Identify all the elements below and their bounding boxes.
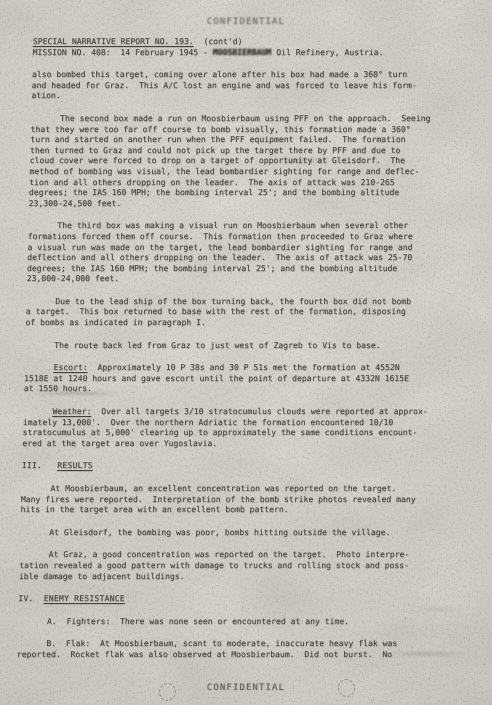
text-line: 1518E at 1240 hours and gave escort unti… [24,373,483,384]
text-segment: hits in the target area with an excellen… [20,504,288,514]
text-line: imately 13,000'. Over the northern Adria… [23,417,482,428]
text-line: Many fires were reported. Interpretation… [21,494,480,505]
text-line: A. Fighters: There was none seen or enco… [18,616,477,627]
paragraph: Escort: Approximately 10 P 38s and 30 P … [24,362,484,394]
section-heading: III. RESULTS [22,460,481,471]
text-line: turn and started on another run when the… [30,134,489,145]
text-segment: degrees; the IAS 160 MPH; the bombing in… [29,187,400,197]
text-line: At Graz, a good concentration was report… [19,549,478,560]
text-line: a target. This box returned to base with… [26,306,485,317]
text-segment: deflection and all others dropping on th… [27,252,412,262]
underlined-text: ENEMY RESISTANCE [44,593,125,603]
overstruck-text: MOOSBIERBAUM [213,47,272,57]
text-line: ible damage to adjacent buildings. [19,571,478,582]
text-line: MISSION NO. 408: 14 February 1945 - MOOS… [32,47,491,58]
text-segment: At Graz, a good concentration was report… [19,549,409,559]
paragraph: Weather: Over all targets 3/10 stratocum… [22,406,482,448]
text-line: degrees; the IAS 160 MPH; the bombing in… [29,187,488,198]
text-line: Weather: Over all targets 3/10 stratocum… [23,406,482,417]
underlined-text: SPECIAL NARRATIVE REPORT NO. 193. [33,36,194,46]
text-line: At Gleisdorf, the bombing was poor, bomb… [20,527,479,538]
text-line: The route back led from Graz to just wes… [25,340,484,351]
document-body: SPECIAL NARRATIVE REPORT NO. 193. (cont'… [0,36,492,660]
underlined-text: Weather: [52,406,91,416]
text-segment: B. Flak: At Moosbierbaum, scant to moder… [17,638,397,648]
text-line: B. Flak: At Moosbierbaum, scant to moder… [17,638,476,649]
text-segment: a target. This box returned to base with… [26,306,406,316]
text-segment: At Moosbierbaum, an excellent concentrat… [21,483,396,493]
text-segment: A. Fighters: There was none seen or enco… [18,616,350,626]
text-line: tation revealed a good pattern with dama… [19,560,478,571]
text-line: III. RESULTS [22,460,481,471]
text-segment: The third box was making a visual run on… [28,220,408,230]
text-line: ation. [31,90,490,101]
paragraph: At Graz, a good concentration was report… [19,549,479,581]
text-line: hits in the target area with an excellen… [20,504,479,515]
text-segment: ible damage to adjacent buildings. [19,571,185,581]
text-segment: (cont'd) [194,36,243,46]
text-line: ered at the target area over Yugoslavia. [22,438,481,449]
text-line: At Moosbierbaum, an excellent concentrat… [21,483,480,494]
text-segment: 1518E at 1240 hours and gave escort unti… [24,373,409,383]
paragraph: B. Flak: At Moosbierbaum, scant to moder… [17,638,477,659]
text-segment: also bombed this target, coming over alo… [32,69,407,79]
text-segment: Approximately 10 P 38s and 30 P 51s met … [88,362,400,372]
text-segment: IV. [18,593,44,603]
text-line: that they were too far off course to bom… [30,124,489,135]
scanned-document-page: CONFIDENTIAL SPECIAL NARRATIVE REPORT NO… [0,0,492,705]
text-line: reported. Rocket flak was also observed … [17,649,476,660]
text-segment: and headed for Graz. This A/C lost an en… [32,80,417,90]
underlined-text: Escort: [53,362,87,372]
text-line: IV. ENEMY RESISTANCE [18,593,477,604]
text-line: method of bombing was visual, the lead b… [29,166,488,177]
text-segment: At Gleisdorf, the bombing was poor, bomb… [20,527,391,537]
text-line: The second box made a run on Moosbierbau… [31,113,490,124]
paragraph: The route back led from Graz to just wes… [25,340,484,351]
text-segment: that they were too far off course to bom… [30,124,410,134]
text-segment: degrees; the IAS 160 MPH; the bombing in… [27,263,398,273]
text-line: stratocumulus at 5,000' clearing up to a… [22,427,481,438]
text-segment: imately 13,000'. Over the northern Adria… [23,417,394,427]
paragraph: The second box made a run on Moosbierbau… [28,113,489,208]
section-heading: IV. ENEMY RESISTANCE [18,593,477,604]
text-segment: Due to the lead ship of the box turning … [26,296,411,306]
text-line: Escort: Approximately 10 P 38s and 30 P … [24,362,483,373]
classification-stamp-bottom: CONFIDENTIAL [0,683,492,693]
text-segment: cloud cover were forced to drop on a tar… [30,155,405,165]
text-segment: then turned to Graz and could not pick u… [30,145,401,155]
text-line: then turned to Graz and could not pick u… [30,145,489,156]
text-segment: method of bombing was visual, the lead b… [29,166,419,176]
text-line: 23,000-24,000 feet. [27,273,486,284]
text-line: cloud cover were forced to drop on a tar… [30,155,489,166]
text-segment: turn and started on another run when the… [30,134,405,144]
text-line: at 1550 hours. [24,383,483,394]
text-segment: Many fires were reported. Interpretation… [21,494,416,504]
text-line: tion and all others dropping on the lead… [29,177,488,188]
text-line: 23,300-24,500 feet. [28,198,487,209]
text-line: The third box was making a visual run on… [28,220,487,231]
text-segment: reported. Rocket flak was also observed … [17,649,392,659]
text-segment: ered at the target area over Yugoslavia. [22,438,217,448]
text-line: formations forced them off course. This … [28,231,487,242]
text-segment: stratocumulus at 5,000' clearing up to a… [22,427,417,437]
text-line: SPECIAL NARRATIVE REPORT NO. 193. (cont'… [33,36,492,47]
underlined-text: RESULTS [57,460,93,470]
text-segment: The route back led from Graz to just wes… [25,340,381,350]
text-line: degrees; the IAS 160 MPH; the bombing in… [27,263,486,274]
text-line: Due to the lead ship of the box turning … [26,296,485,307]
text-segment: formations forced them off course. This … [28,231,413,241]
text-segment: tion and all others dropping on the lead… [29,177,395,187]
punch-hole-circle-right [337,678,356,698]
text-segment: at 1550 hours. [24,383,92,393]
text-segment [24,362,54,372]
paragraph: A. Fighters: There was none seen or enco… [18,616,477,627]
text-segment: ation. [31,90,61,100]
paragraph: Due to the lead ship of the box turning … [25,296,485,328]
text-line: also bombed this target, coming over alo… [32,69,491,80]
report-title-block: SPECIAL NARRATIVE REPORT NO. 193. (cont'… [32,36,492,57]
text-segment: 23,300-24,500 feet. [29,198,122,208]
text-segment: Over all targets 3/10 stratocumulus clou… [91,406,427,416]
paragraph: At Gleisdorf, the bombing was poor, bomb… [20,527,479,538]
paragraph: At Moosbierbaum, an excellent concentrat… [20,483,480,515]
text-line: a visual run was made on the target, the… [27,242,486,253]
text-line: deflection and all others dropping on th… [27,252,486,263]
text-segment: III. [22,460,58,470]
text-segment: of bombs as indicated in paragraph I. [25,317,206,327]
text-segment: Oil Refinery, Austria. [271,47,383,57]
paragraph: The third box was making a visual run on… [27,220,488,284]
paragraph: also bombed this target, coming over alo… [31,69,491,101]
text-segment: 23,000-24,000 feet. [27,273,120,283]
text-segment: The second box made a run on Moosbierbau… [31,113,431,123]
classification-stamp-top: CONFIDENTIAL [0,17,492,27]
text-line: and headed for Graz. This A/C lost an en… [32,80,491,91]
text-segment: a visual run was made on the target, the… [27,242,412,252]
text-segment [23,406,53,416]
text-segment: MISSION NO. 408: 14 February 1945 - [32,47,213,57]
text-segment: tation revealed a good pattern with dama… [19,560,409,570]
text-line: of bombs as indicated in paragraph I. [25,317,484,328]
